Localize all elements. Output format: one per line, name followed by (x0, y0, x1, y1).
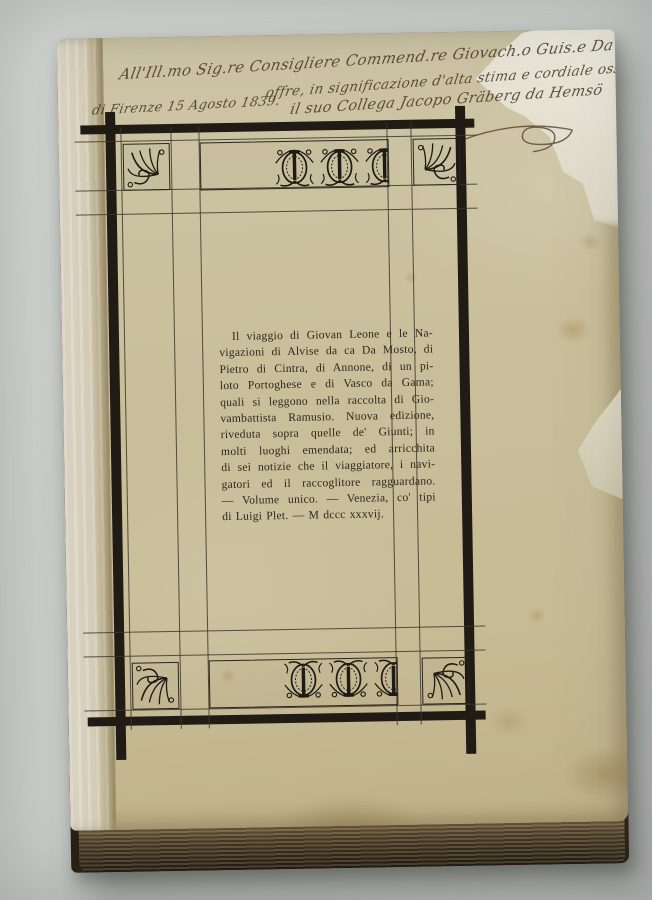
acanthus-band-top (200, 139, 390, 190)
book: All'Ill.mo Sig.re Consigliere Commend.re… (57, 29, 629, 873)
acanthus-band-bottom (209, 657, 399, 708)
thick-rule-left (105, 112, 126, 760)
corner-ornament-bottom-left (132, 662, 180, 710)
corner-ornament-top-left (123, 143, 171, 191)
thin-hline (76, 208, 478, 216)
thin-hline (84, 650, 486, 658)
book-cover: All'Ill.mo Sig.re Consigliere Commend.re… (57, 29, 629, 831)
photo-background: All'Ill.mo Sig.re Consigliere Commend.re… (0, 0, 652, 900)
thick-rule-top (80, 119, 474, 135)
title-page-text: Il viaggio di Giovan Leone e le Na- viga… (219, 325, 436, 526)
acanthus-column-left (124, 233, 179, 628)
thin-vline (198, 126, 210, 728)
corner-ornament-top-right (413, 138, 461, 186)
thick-rule-bottom (88, 711, 486, 727)
corner-ornament-bottom-right (422, 657, 470, 705)
